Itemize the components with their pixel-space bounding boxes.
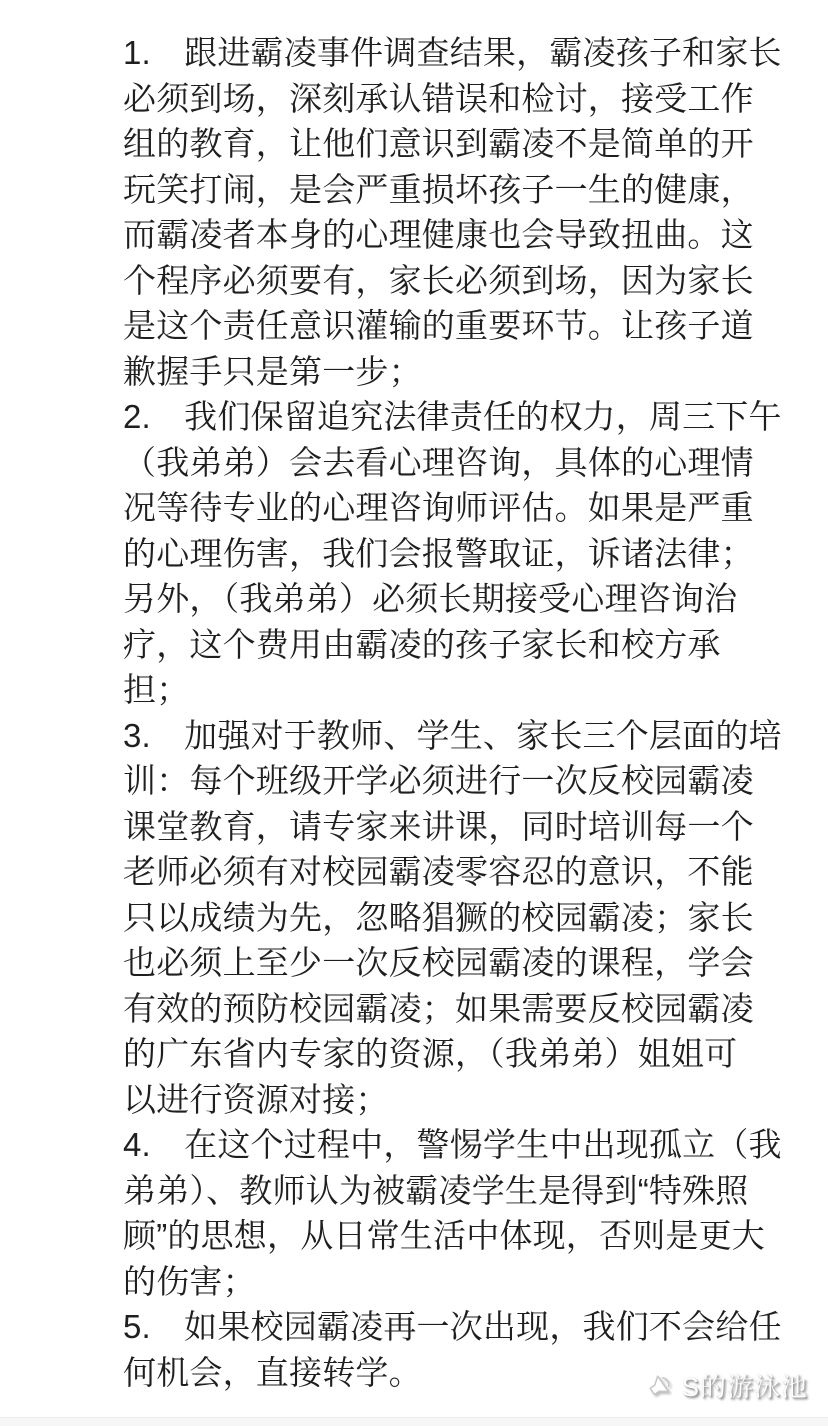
footer-strip	[0, 1417, 828, 1426]
text-line: 的心理伤害，我们会报警取证，诉诸法律；	[123, 531, 822, 577]
text-line: 是这个责任意识灌输的重要环节。让孩子道	[123, 303, 822, 349]
text-line: 课堂教育，请专家来讲课，同时培训每一个	[123, 804, 822, 850]
text-line: 疗，这个费用由霸凌的孩子家长和校方承	[123, 622, 822, 668]
text-line: 以进行资源对接；	[123, 1077, 822, 1123]
text-line: 4. 在这个过程中，警惕学生中出现孤立（我	[123, 1122, 822, 1168]
text-line: 组的教育，让他们意识到霸凌不是简单的开	[123, 121, 822, 167]
text-line: 的广东省内专家的资源，（我弟弟）姐姐可	[123, 1031, 822, 1077]
text-line: 歉握手只是第一步；	[123, 349, 822, 395]
text-line: 顾”的思想，从日常生活中体现，否则是更大	[123, 1213, 822, 1259]
text-line: 只以成绩为先，忽略猖獗的校园霸凌；家长	[123, 895, 822, 941]
text-line: 玩笑打闹，是会严重损坏孩子一生的健康，	[123, 167, 822, 213]
text-line: 5. 如果校园霸凌再一次出现，我们不会给任	[123, 1304, 822, 1350]
text-line: 也必须上至少一次反校园霸凌的课程，学会	[123, 940, 822, 986]
text-line: 有效的预防校园霸凌；如果需要反校园霸凌	[123, 986, 822, 1032]
text-line: 何机会，直接转学。	[123, 1350, 822, 1396]
text-line: 1. 跟进霸凌事件调查结果，霸凌孩子和家长	[123, 30, 822, 76]
text-line: （我弟弟）会去看心理咨询，具体的心理情	[123, 440, 822, 486]
text-line: 个程序必须要有，家长必须到场，因为家长	[123, 258, 822, 304]
text-line: 的伤害；	[123, 1259, 822, 1305]
text-line: 而霸凌者本身的心理健康也会导致扭曲。这	[123, 212, 822, 258]
text-line: 3. 加强对于教师、学生、家长三个层面的培	[123, 713, 822, 759]
text-line: 老师必须有对校园霸凌零容忍的意识，不能	[123, 849, 822, 895]
text-line: 2. 我们保留追究法律责任的权力，周三下午	[123, 394, 822, 440]
text-line: 弟弟）、教师认为被霸凌学生是得到“特殊照	[123, 1168, 822, 1214]
text-line: 必须到场，深刻承认错误和检讨，接受工作	[123, 76, 822, 122]
page: 1. 跟进霸凌事件调查结果，霸凌孩子和家长必须到场，深刻承认错误和检讨，接受工作…	[0, 0, 828, 1426]
text-line: 担；	[123, 667, 822, 713]
text-line: 训：每个班级开学必须进行一次反校园霸凌	[123, 758, 822, 804]
text-line: 况等待专业的心理咨询师评估。如果是严重	[123, 485, 822, 531]
text-line: 另外，（我弟弟）必须长期接受心理咨询治	[123, 576, 822, 622]
document-body: 1. 跟进霸凌事件调查结果，霸凌孩子和家长必须到场，深刻承认错误和检讨，接受工作…	[0, 0, 828, 1395]
